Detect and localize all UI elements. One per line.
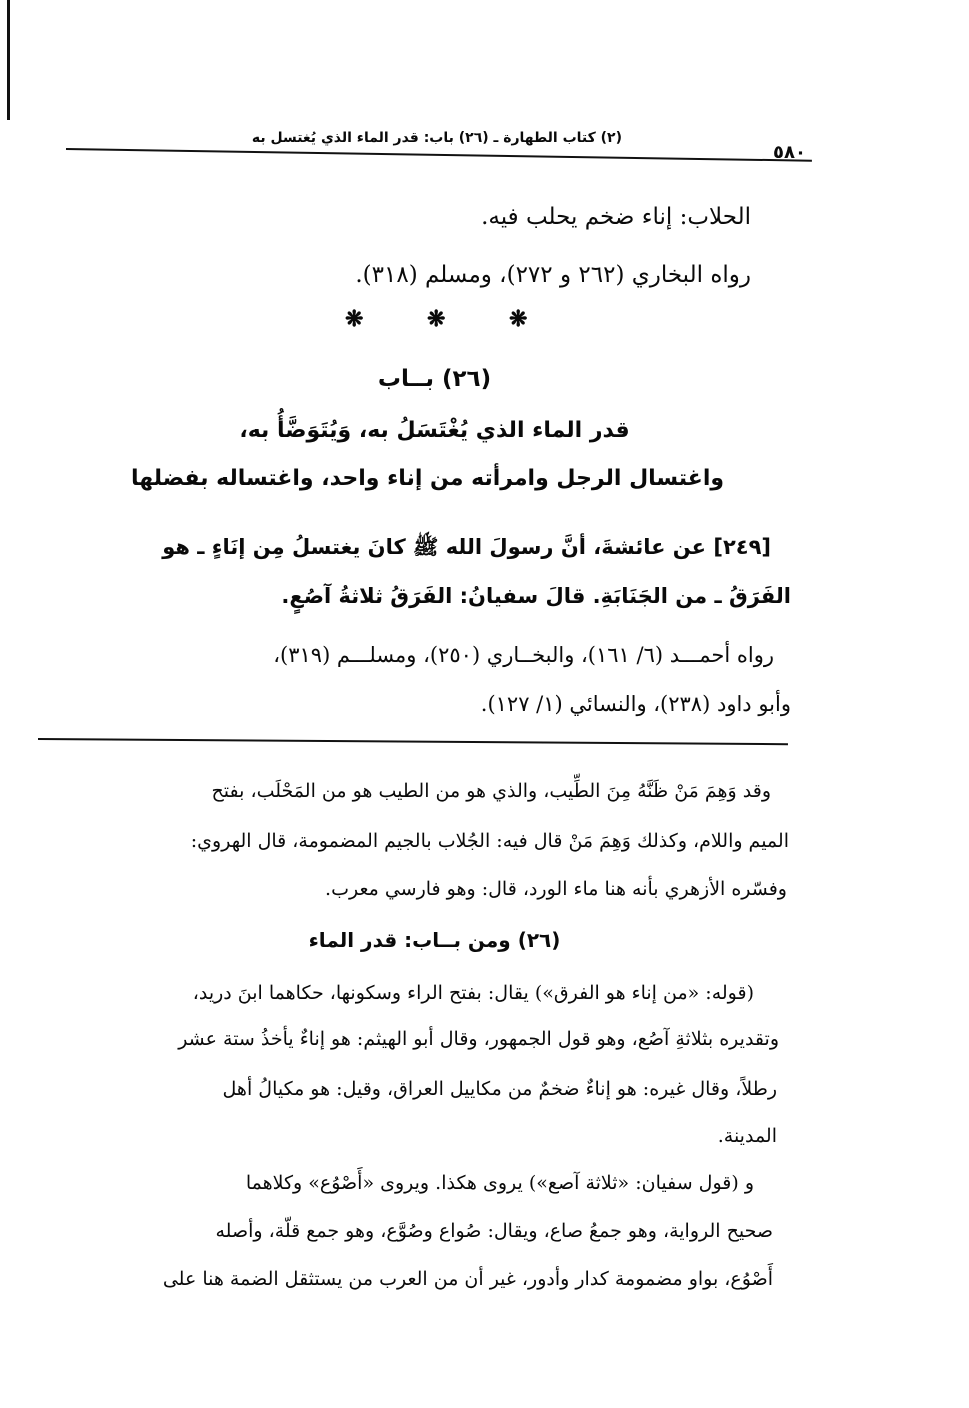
header-rule xyxy=(66,148,812,162)
definition-line: الحلاب: إناء ضخم يحلب فيه. xyxy=(481,204,751,232)
commentary-section-heading: (٢٦) ومن بــاب: قدر الماء xyxy=(0,928,869,952)
footnote-para-3-line-2: صحيح الرواية، وهو جمعُ صاع، ويقال: صُواع… xyxy=(215,1220,773,1243)
running-header: (٢) كتاب الطهارة ـ (٢٦) باب: قدر الماء ا… xyxy=(66,124,812,174)
footnote-para-3-line-3: أَصْوُع، بواو مضمومة كدار وأدور، غير أن … xyxy=(163,1268,773,1291)
hadith-line-1: [٢٤٩] عن عائشةَ، أنَّ رسولَ الله ﷺ كانَ … xyxy=(162,535,771,560)
footnote-para-2-line-3: رطلاً، وقال غيره: هو إناءٌ ضخمٌ من مكايي… xyxy=(223,1078,777,1101)
footnote-para-1-line-1: وقد وَهِمَ مَنْ ظَنَّهُ مِنَ الطِّيب، وا… xyxy=(212,780,771,803)
hadith-line-2: الفَرَقُ ـ من الجَنَابَةِ. قالَ سفيانُ: … xyxy=(281,584,791,609)
footnote-para-1-line-3: وفسّره الأزهري بأنه هنا ماء الورد، قال: … xyxy=(325,878,787,901)
scan-edge-shadow xyxy=(7,0,10,120)
footnote-separator xyxy=(38,738,788,745)
section-separator: ❋ ❋ ❋ xyxy=(0,306,969,336)
chapter-title-line-2: واغتسال الرجل وامرأته من إناء واحد، واغت… xyxy=(0,466,855,492)
narration-line: رواه البخاري (٢٦٢ و ٢٧٢)، ومسلم (٣١٨). xyxy=(355,262,751,290)
sources-line-2: وأبو داود (٢٣٨)، والنسائي (١/ ١٢٧). xyxy=(481,692,791,717)
star-ornament-icon: ❋ xyxy=(509,306,527,332)
star-ornament-icon: ❋ xyxy=(427,306,445,332)
footnote-para-1-line-2: الميم واللام، وكذلك وَهِمَ مَنْ قال فيه:… xyxy=(191,830,789,853)
chapter-title-line-1: قدر الماء الذي يُغْتَسَلُ به، وَيُتَوَضَ… xyxy=(0,418,869,444)
book-page: (٢) كتاب الطهارة ـ (٢٦) باب: قدر الماء ا… xyxy=(0,0,969,1408)
star-ornament-icon: ❋ xyxy=(345,306,363,332)
footnote-para-2-line-2: وتقديره بثلاثةِ آصُع، وهو قول الجمهور، و… xyxy=(178,1028,779,1051)
sources-line-1: رواه أحمـــد (٦/ ١٦١)، والبخــاري (٢٥٠)،… xyxy=(273,643,774,668)
chapter-number: (٢٦) بــاب xyxy=(0,366,869,394)
footnote-para-3-line-1: و (قول سفيان: «ثلاثة آصع») يروى هكذا. وي… xyxy=(246,1172,754,1195)
footnote-para-2-line-1: (قوله: «من إناء هو الفرق») يقال: بفتح ال… xyxy=(193,982,754,1005)
footnote-para-2-line-4: المدينة. xyxy=(718,1125,777,1148)
running-header-title: (٢) كتاب الطهارة ـ (٢٦) باب: قدر الماء ا… xyxy=(252,130,622,146)
